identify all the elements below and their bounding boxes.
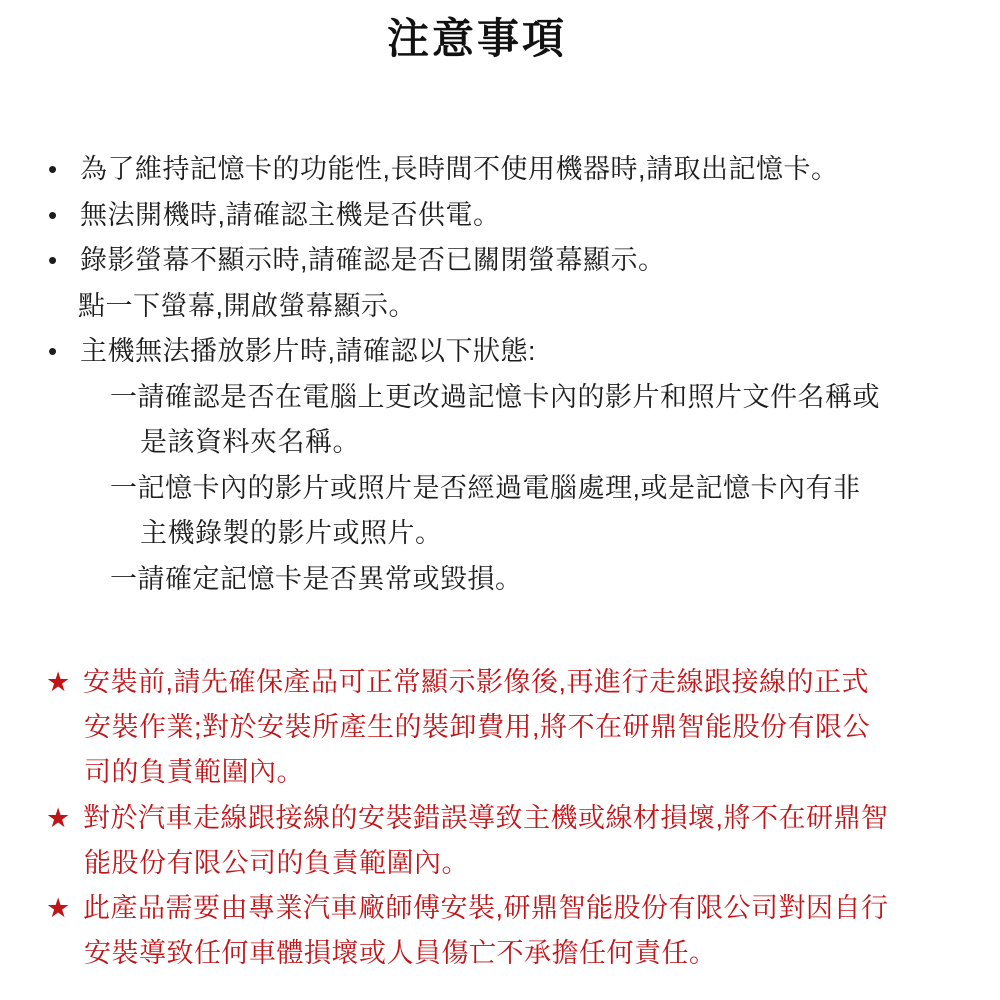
- note-line: • 為了維持記憶卡的功能性,長時間不使用機器時,請取出記憶卡。: [0, 147, 1000, 193]
- warning-text: 安裝前,請先確保產品可正常顯示影像後,再進行走線跟接線的正式: [83, 667, 869, 697]
- note-text: 一記憶卡內的影片或照片是否經過電腦處理,或是記憶卡內有非: [110, 473, 861, 503]
- star-icon: ★: [46, 886, 71, 931]
- bullet-icon: •: [48, 147, 58, 193]
- bullet-icon: •: [48, 193, 58, 239]
- note-line: • 無法開機時,請確認主機是否供電。: [0, 193, 1000, 239]
- note-subline: 一記憶卡內的影片或照片是否經過電腦處理,或是記憶卡內有非: [0, 466, 1000, 512]
- warning-text: 能股份有限公司的負責範圍內。: [84, 848, 469, 878]
- note-subline: 一請確定記憶卡是否異常或毀損。: [0, 557, 1000, 603]
- note-line: 點一下螢幕,開啟螢幕顯示。: [0, 284, 1000, 330]
- note-text: 點一下螢幕,開啟螢幕顯示。: [78, 291, 416, 321]
- note-text: 是該資料夾名稱。: [140, 427, 360, 457]
- note-subline: 是該資料夾名稱。: [0, 420, 1000, 466]
- note-text: 主機錄製的影片或照片。: [140, 518, 443, 548]
- warning-line: ★ 此產品需要由專業汽車廠師傅安裝,研鼎智能股份有限公司對因自行: [0, 886, 1000, 931]
- bullet-icon: •: [48, 238, 58, 284]
- note-subline: 一請確認是否在電腦上更改過記憶卡內的影片和照片文件名稱或: [0, 375, 1000, 421]
- warning-line: 司的負責範圍內。: [0, 750, 1000, 795]
- note-line: • 主機無法播放影片時,請確認以下狀態:: [0, 329, 1000, 375]
- note-text: 無法開機時,請確認主機是否供電。: [80, 200, 501, 230]
- note-subline: 主機錄製的影片或照片。: [0, 511, 1000, 557]
- warning-text: 司的負責範圍內。: [84, 757, 304, 787]
- note-text: 一請確定記憶卡是否異常或毀損。: [110, 564, 523, 594]
- note-line: • 錄影螢幕不顯示時,請確認是否已關閉螢幕顯示。: [0, 238, 1000, 284]
- warning-line: ★ 對於汽車走線跟接線的安裝錯誤導致主機或線材損壞,將不在研鼎智: [0, 796, 1000, 841]
- note-text: 為了維持記憶卡的功能性,長時間不使用機器時,請取出記憶卡。: [80, 154, 839, 184]
- warning-text: 此產品需要由專業汽車廠師傅安裝,研鼎智能股份有限公司對因自行: [83, 893, 889, 923]
- warning-line: 安裝導致任何車體損壞或人員傷亡不承擔任何責任。: [0, 931, 1000, 976]
- bullet-icon: •: [48, 329, 58, 375]
- warning-text: 安裝導致任何車體損壞或人員傷亡不承擔任何責任。: [84, 938, 717, 968]
- warning-text: 對於汽車走線跟接線的安裝錯誤導致主機或線材損壞,將不在研鼎智: [83, 803, 889, 833]
- warning-line: 安裝作業;對於安裝所產生的裝卸費用,將不在研鼎智能股份有限公: [0, 705, 1000, 750]
- warnings-section: ★ 安裝前,請先確保產品可正常顯示影像後,再進行走線跟接線的正式 安裝作業;對於…: [0, 660, 1000, 976]
- note-text: 一請確認是否在電腦上更改過記憶卡內的影片和照片文件名稱或: [110, 382, 880, 412]
- note-text: 主機無法播放影片時,請確認以下狀態:: [80, 336, 536, 366]
- page-title: 注意事項: [48, 14, 906, 64]
- warning-line: 能股份有限公司的負責範圍內。: [0, 841, 1000, 886]
- star-icon: ★: [46, 660, 71, 705]
- manual-page: 注意事項 • 為了維持記憶卡的功能性,長時間不使用機器時,請取出記憶卡。 • 無…: [0, 0, 1000, 1000]
- notes-section: • 為了維持記憶卡的功能性,長時間不使用機器時,請取出記憶卡。 • 無法開機時,…: [0, 147, 1000, 602]
- star-icon: ★: [46, 796, 71, 841]
- warning-line: ★ 安裝前,請先確保產品可正常顯示影像後,再進行走線跟接線的正式: [0, 660, 1000, 705]
- warning-text: 安裝作業;對於安裝所產生的裝卸費用,將不在研鼎智能股份有限公: [84, 712, 870, 742]
- note-text: 錄影螢幕不顯示時,請確認是否已關閉螢幕顯示。: [80, 245, 666, 275]
